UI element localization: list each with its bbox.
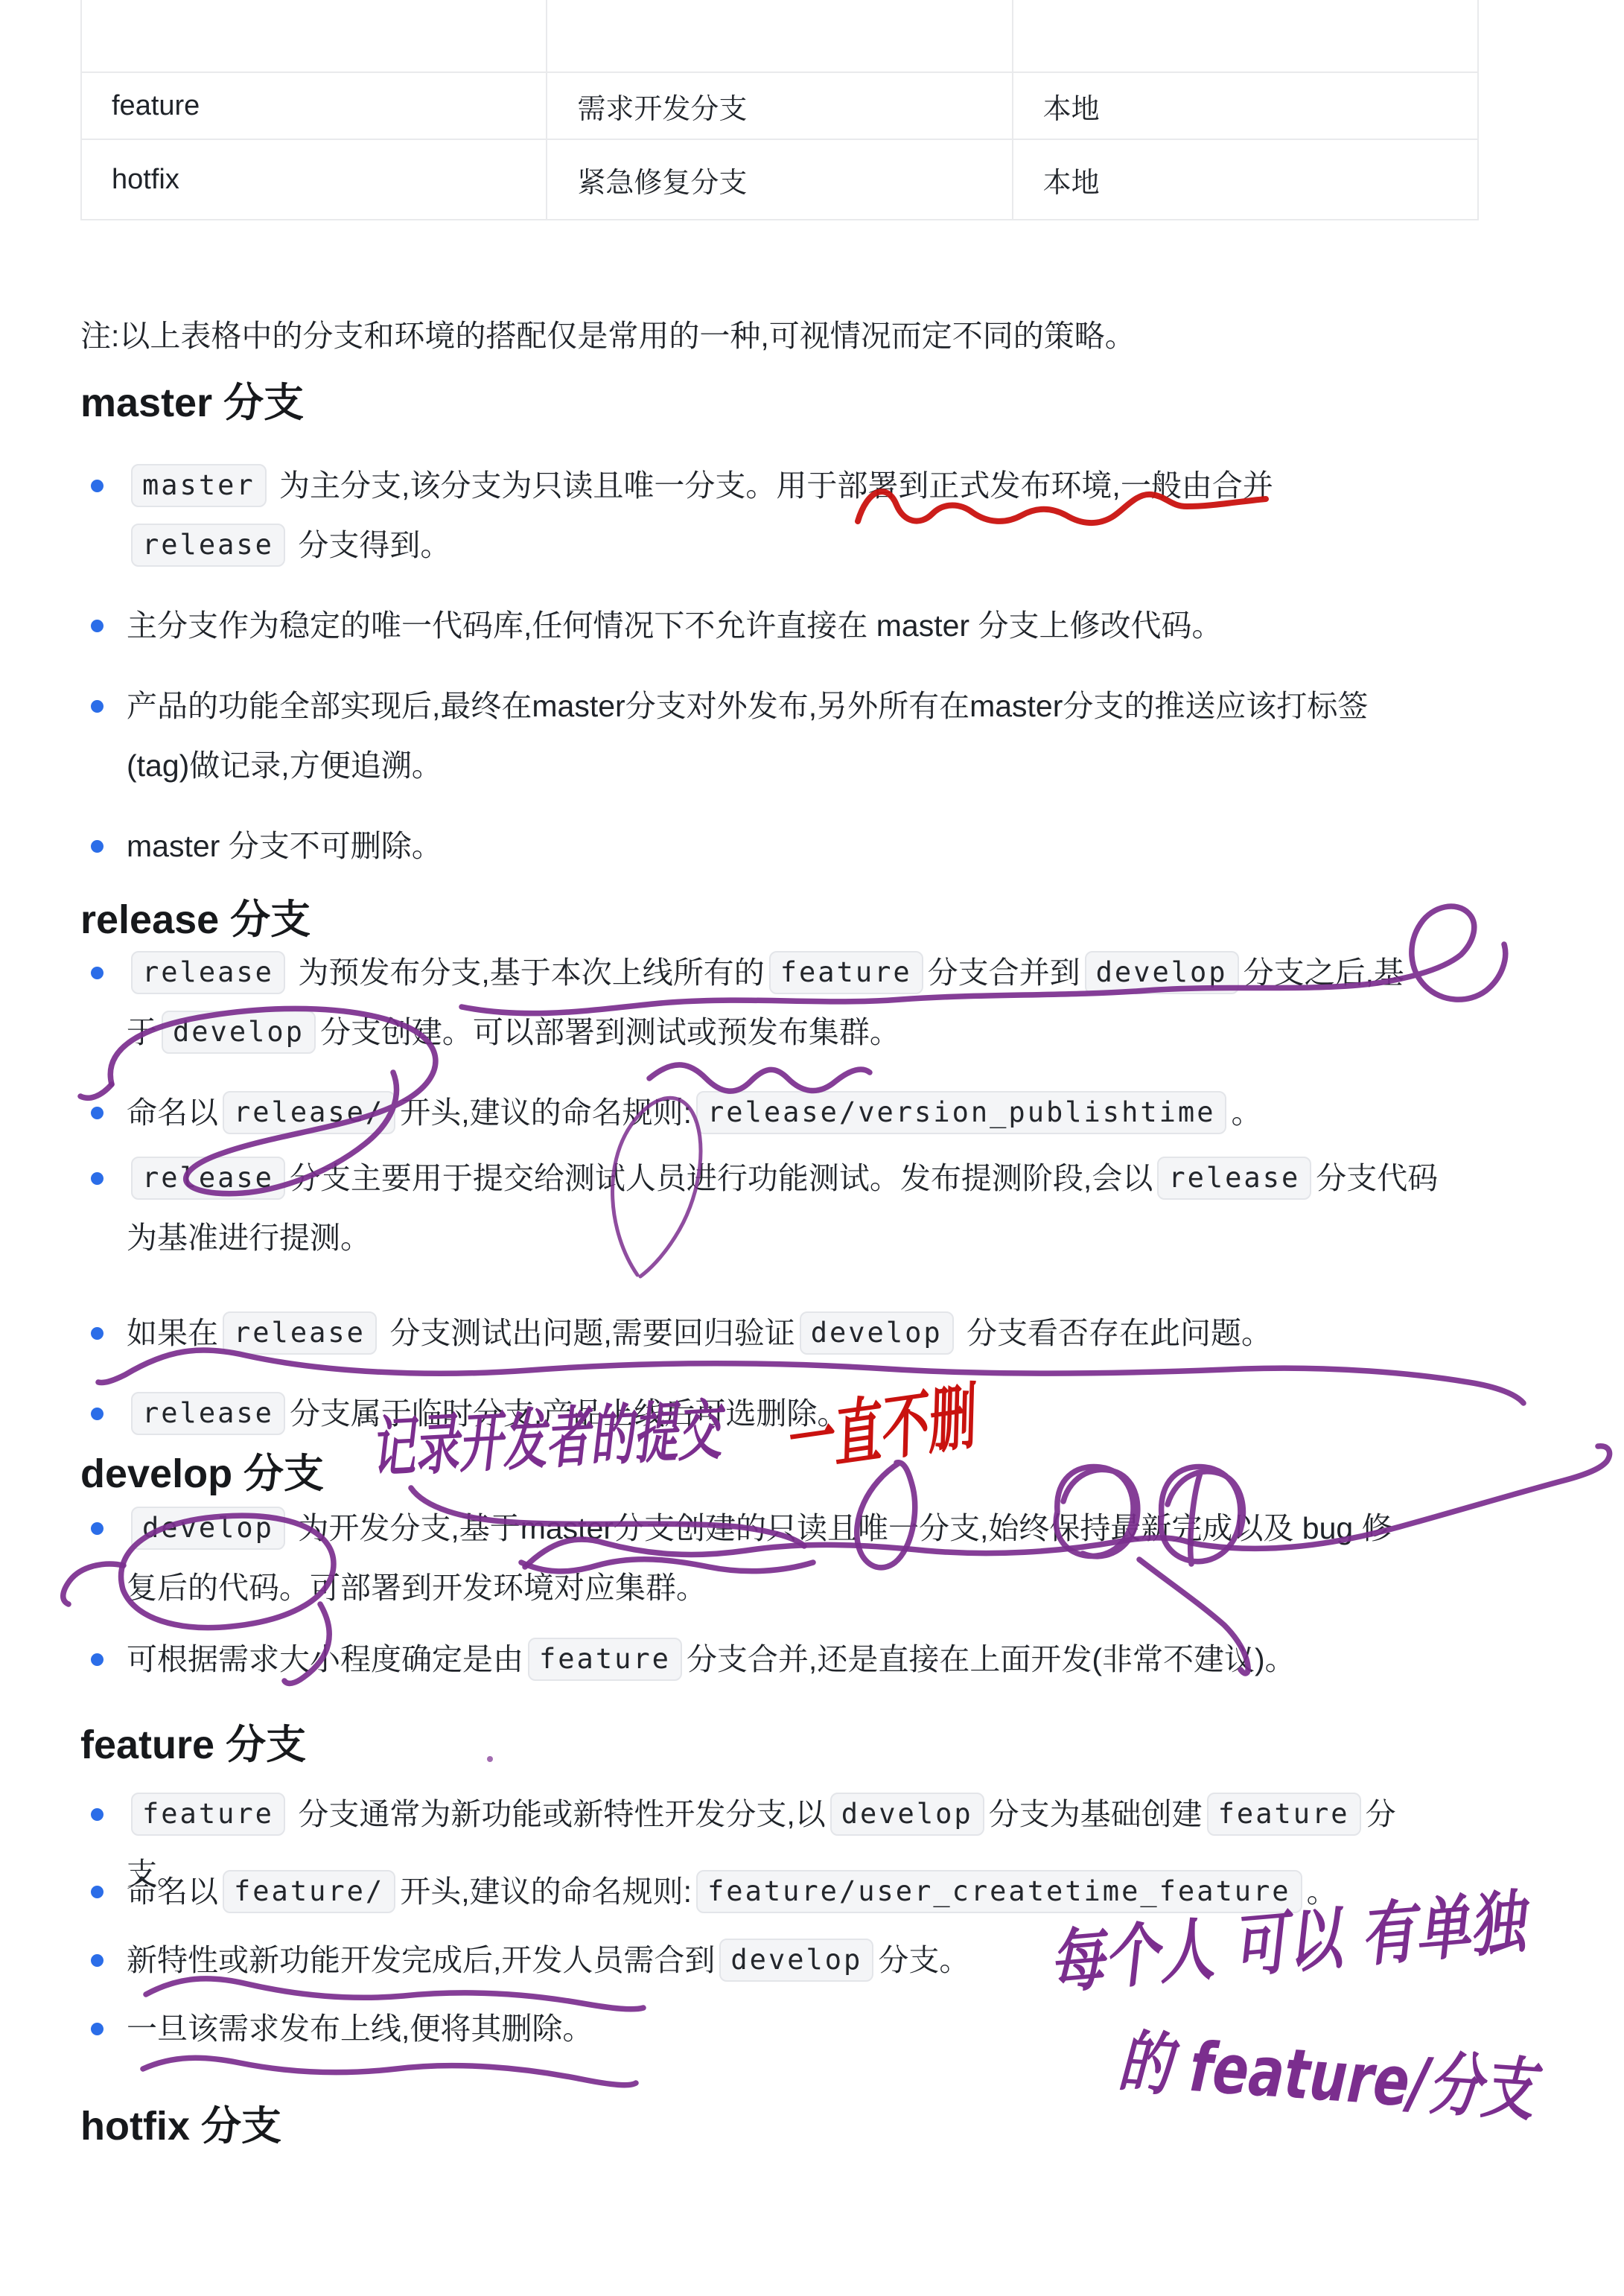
inline-code-chip: release xyxy=(131,524,285,567)
table-row-cutoff xyxy=(81,0,1478,72)
bullet-text: 。 xyxy=(1307,1874,1337,1909)
bullet-text: 如果在 xyxy=(127,1316,218,1350)
bullet-line: master 分支不可删除。 xyxy=(127,816,1586,876)
bullet-text: 于 xyxy=(127,1015,157,1049)
table-cell: 紧急修复分支 xyxy=(547,139,1012,220)
bullet-text: 分支属于临时分支,产品上线后可选删除。 xyxy=(290,1396,847,1431)
bullet-text: 产品的功能全部实现后,最终在master分支对外发布,另外所有在master分支… xyxy=(127,689,1368,723)
bullet-dot-icon xyxy=(91,1954,104,1967)
bullet-text: 分支主要用于提交给测试人员进行功能测试。发布提测阶段,会以 xyxy=(290,1161,1153,1195)
section-heading-release: release 分支 xyxy=(80,888,311,945)
bullet-item: develop 为开发分支,基于master分支创建的只读且唯一分支,始终保持最… xyxy=(127,1498,1586,1618)
bullet-item: 一旦该需求发布上线,便将其删除。 xyxy=(127,1999,1586,2058)
table-cell: feature xyxy=(81,72,547,139)
bullet-line: 于develop分支创建。可以部署到测试或预发布集群。 xyxy=(127,1002,1586,1062)
bullet-text: 分支为基础创建 xyxy=(989,1797,1203,1831)
bullet-text: 。 xyxy=(1231,1095,1261,1130)
bullet-text: 可根据需求大小程度确定是由 xyxy=(127,1642,523,1676)
inline-code-chip: feature/user_createtime_feature xyxy=(696,1870,1302,1913)
bullet-item: release分支主要用于提交给测试人员进行功能测试。发布提测阶段,会以rele… xyxy=(127,1148,1586,1268)
bullet-text: 分支得到。 xyxy=(290,528,450,562)
section-heading-master: master 分支 xyxy=(80,371,304,428)
bullet-dot-icon xyxy=(91,700,104,713)
bullet-text: 分支合并到 xyxy=(928,955,1080,990)
bullet-text: 为预发布分支,基于本次上线所有的 xyxy=(290,955,765,990)
bullet-line: master 为主分支,该分支为只读且唯一分支。用于部署到正式发布环境,一般由合… xyxy=(127,456,1586,515)
section-heading-hotfix: hotfix 分支 xyxy=(80,2094,281,2152)
bullet-text: 分支看否存在此问题。 xyxy=(958,1316,1272,1350)
table-note: 注:以上表格中的分支和环境的搭配仅是常用的一种,可视情况而定不同的策略。 xyxy=(80,317,1136,355)
bullet-text: 为开发分支,基于master分支创建的只读且唯一分支,始终保持最新完成以及 bu… xyxy=(290,1511,1392,1545)
bullet-text: 为主分支,该分支为只读且唯一分支。用于部署到正式发布环境,一般由合并 xyxy=(271,468,1273,503)
bullet-line: 新特性或新功能开发完成后,开发人员需合到develop分支。 xyxy=(127,1930,1586,1990)
table-cell xyxy=(81,0,547,72)
bullet-dot-icon xyxy=(91,1808,104,1821)
bullet-item: release 为预发布分支,基于本次上线所有的feature分支合并到deve… xyxy=(127,943,1586,1062)
bullet-text: 复后的代码。可部署到开发环境对应集群。 xyxy=(127,1571,707,1605)
bullet-item: 命名以feature/开头,建议的命名规则:feature/user_creat… xyxy=(127,1862,1586,1921)
bullet-line: (tag)做记录,方便追溯。 xyxy=(127,736,1586,795)
table-cell: hotfix xyxy=(81,139,547,220)
bullet-line: release 为预发布分支,基于本次上线所有的feature分支合并到deve… xyxy=(127,943,1586,1002)
bullet-dot-icon xyxy=(91,1522,104,1535)
bullet-line: 如果在release 分支测试出问题,需要回归验证develop 分支看否存在此… xyxy=(127,1303,1586,1363)
bullet-text: 分支。 xyxy=(878,1943,969,1977)
table-cell: 本地 xyxy=(1013,139,1478,220)
inline-code-chip: feature xyxy=(131,1793,285,1836)
section-heading-feature: feature 分支 xyxy=(80,1713,306,1770)
bullet-dot-icon xyxy=(91,480,104,492)
table-cell xyxy=(547,0,1012,72)
table-cell xyxy=(1013,0,1478,72)
bullet-text: 分支之后,基 xyxy=(1244,955,1404,990)
bullet-dot-icon xyxy=(91,1408,104,1420)
bullet-line: 产品的功能全部实现后,最终在master分支对外发布,另外所有在master分支… xyxy=(127,676,1586,736)
inline-code-chip: release xyxy=(1157,1157,1311,1200)
bullet-dot-icon xyxy=(91,967,104,979)
table-cell: 本地 xyxy=(1013,72,1478,139)
inline-code-chip: release xyxy=(131,1157,285,1200)
bullet-item: 如果在release 分支测试出问题,需要回归验证develop 分支看否存在此… xyxy=(127,1303,1586,1363)
bullet-dot-icon xyxy=(91,1886,104,1898)
inline-code-chip: feature xyxy=(1207,1793,1361,1836)
bullet-item: master 为主分支,该分支为只读且唯一分支。用于部署到正式发布环境,一般由合… xyxy=(127,456,1586,575)
bullet-line: release分支主要用于提交给测试人员进行功能测试。发布提测阶段,会以rele… xyxy=(127,1148,1586,1208)
bullet-line: 为基准进行提测。 xyxy=(127,1208,1586,1268)
purple-oval-tail-left xyxy=(63,1564,124,1604)
bullet-line: 复后的代码。可部署到开发环境对应集群。 xyxy=(127,1558,1586,1618)
inline-code-chip: develop xyxy=(131,1507,285,1550)
table-row-hotfix: hotfix紧急修复分支本地 xyxy=(81,139,1478,220)
bullet-item: 新特性或新功能开发完成后,开发人员需合到develop分支。 xyxy=(127,1930,1586,1990)
bullet-text: 分支代码 xyxy=(1316,1161,1438,1195)
bullet-text: 新特性或新功能开发完成后,开发人员需合到 xyxy=(127,1943,715,1977)
inline-code-chip: master xyxy=(131,464,267,507)
bullet-dot-icon xyxy=(91,1327,104,1340)
bullet-text: 命名以 xyxy=(127,1095,218,1130)
bullet-text: 主分支作为稳定的唯一代码库,任何情况下不允许直接在 master 分支上修改代码… xyxy=(127,608,1222,643)
purple-stray-dot xyxy=(487,1756,493,1762)
bullet-line: 命名以release/开头,建议的命名规则:release/version_pu… xyxy=(127,1083,1586,1142)
bullet-dot-icon xyxy=(91,1107,104,1119)
inline-code-chip: develop xyxy=(830,1793,984,1836)
bullet-text: 分支合并,还是直接在上面开发(非常不建议)。 xyxy=(687,1642,1296,1676)
inline-code-chip: develop xyxy=(1085,951,1239,994)
inline-code-chip: release/ xyxy=(223,1091,395,1134)
bullet-line: release 分支得到。 xyxy=(127,515,1586,575)
inline-code-chip: release/version_publishtime xyxy=(696,1091,1226,1134)
bullet-text: 分支测试出问题,需要回归验证 xyxy=(381,1316,795,1350)
table-row-feature: feature需求开发分支本地 xyxy=(81,72,1478,139)
bullet-line: 命名以feature/开头,建议的命名规则:feature/user_creat… xyxy=(127,1862,1586,1921)
purple-wave-feature-delete xyxy=(143,2058,636,2084)
bullet-text: 命名以 xyxy=(127,1874,218,1909)
bullet-line: 可根据需求大小程度确定是由feature分支合并,还是直接在上面开发(非常不建议… xyxy=(127,1629,1586,1689)
inline-code-chip: release xyxy=(223,1311,377,1355)
inline-code-chip: develop xyxy=(162,1011,316,1054)
inline-code-chip: feature xyxy=(528,1638,682,1681)
bullet-text: 分支通常为新功能或新特性开发分支,以 xyxy=(290,1797,826,1831)
bullet-text: 为基准进行提测。 xyxy=(127,1221,371,1255)
bullet-text: (tag)做记录,方便追溯。 xyxy=(127,748,442,783)
inline-code-chip: release xyxy=(131,951,285,994)
bullet-text: 分 xyxy=(1366,1797,1396,1831)
purple-circle-tail xyxy=(80,1084,112,1098)
bullet-item: master 分支不可删除。 xyxy=(127,816,1586,876)
bullet-text: 开头,建议的命名规则: xyxy=(400,1095,692,1130)
bullet-line: 主分支作为稳定的唯一代码库,任何情况下不允许直接在 master 分支上修改代码… xyxy=(127,596,1586,655)
section-heading-develop: develop 分支 xyxy=(80,1442,324,1499)
bullet-text: master 分支不可删除。 xyxy=(127,829,442,863)
bullet-item: 可根据需求大小程度确定是由feature分支合并,还是直接在上面开发(非常不建议… xyxy=(127,1629,1586,1689)
inline-code-chip: develop xyxy=(800,1311,954,1355)
bullet-text: 一旦该需求发布上线,便将其删除。 xyxy=(127,2012,593,2046)
bullet-dot-icon xyxy=(91,1653,104,1666)
bullet-dot-icon xyxy=(91,620,104,632)
bullet-dot-icon xyxy=(91,1172,104,1185)
inline-code-chip: develop xyxy=(719,1939,873,1982)
bullet-item: 命名以release/开头,建议的命名规则:release/version_pu… xyxy=(127,1083,1586,1142)
bullet-line: 一旦该需求发布上线,便将其删除。 xyxy=(127,1999,1586,2058)
branch-env-table: feature需求开发分支本地hotfix紧急修复分支本地 xyxy=(80,0,1479,220)
inline-code-chip: feature/ xyxy=(223,1870,395,1913)
bullet-item: 产品的功能全部实现后,最终在master分支对外发布,另外所有在master分支… xyxy=(127,676,1586,795)
inline-code-chip: feature xyxy=(769,951,923,994)
inline-code-chip: release xyxy=(131,1392,285,1435)
bullet-dot-icon xyxy=(91,2023,104,2035)
bullet-text: 开头,建议的命名规则: xyxy=(400,1874,692,1909)
bullet-item: 主分支作为稳定的唯一代码库,任何情况下不允许直接在 master 分支上修改代码… xyxy=(127,596,1586,655)
bullet-line: release分支属于临时分支,产品上线后可选删除。 xyxy=(127,1384,1586,1443)
bullet-line: develop 为开发分支,基于master分支创建的只读且唯一分支,始终保持最… xyxy=(127,1498,1586,1558)
bullet-text: 分支创建。可以部署到测试或预发布集群。 xyxy=(320,1015,900,1049)
bullet-dot-icon xyxy=(91,840,104,853)
bullet-line: feature 分支通常为新功能或新特性开发分支,以develop分支为基础创建… xyxy=(127,1784,1586,1844)
table-cell: 需求开发分支 xyxy=(547,72,1012,139)
bullet-item: release分支属于临时分支,产品上线后可选删除。 xyxy=(127,1384,1586,1443)
